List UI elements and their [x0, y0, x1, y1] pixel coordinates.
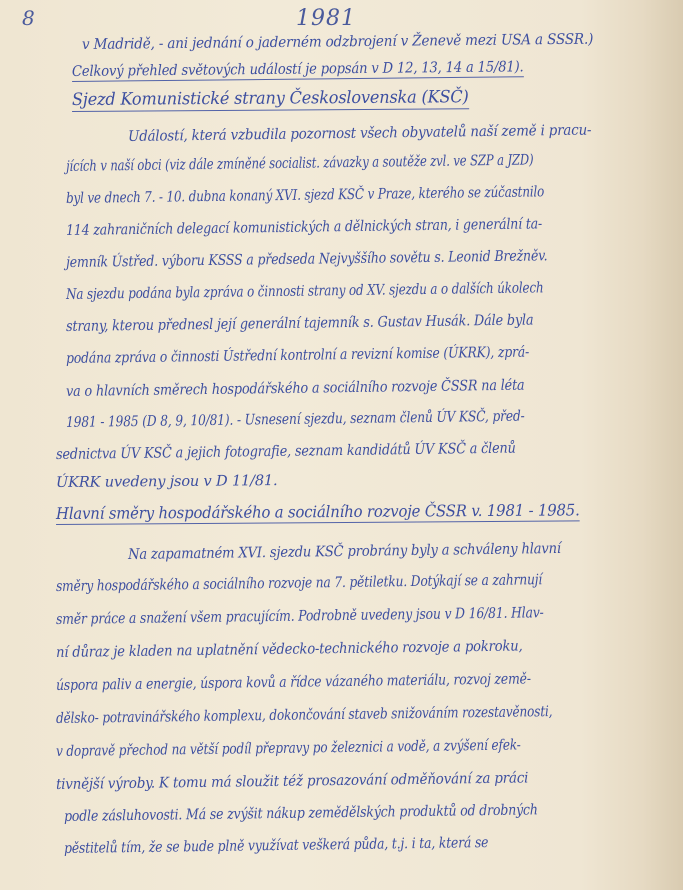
- text-line: podána zpráva o činnosti Ústřední kontro…: [66, 344, 529, 367]
- text-line: Na sjezdu podána byla zpráva o činnosti …: [66, 279, 544, 303]
- page-number: 8: [22, 6, 35, 30]
- text-line: tivnější výroby. K tomu má sloužit též p…: [56, 769, 528, 793]
- text-line: pěstitelů tím, že se bude plně využívat …: [64, 834, 489, 857]
- text-line: byl ve dnech 7. - 10. dubna konaný XVI. …: [66, 183, 544, 207]
- text-line: v Madridě, - ani jednání o jaderném odzb…: [82, 31, 593, 53]
- text-line: podle zásluhovosti. Má se zvýšit nákup z…: [64, 801, 538, 825]
- text-line: úspora paliv a energie, úspora kovů a ří…: [56, 670, 531, 694]
- text-line: jících v naší obci (viz dále zmíněné soc…: [66, 151, 534, 175]
- text-line: ní důraz je kladen na uplatnění vědecko-…: [56, 637, 523, 661]
- text-line: ÚKRK uvedeny jsou v D 11/81.: [56, 472, 278, 491]
- text-line: strany, kterou přednesl její generální t…: [66, 311, 534, 335]
- section-heading-ksc-congress: Sjezd Komunistické strany Československa…: [72, 87, 469, 112]
- text-line: jemník Ústřed. výboru KSSS a předseda Ne…: [66, 247, 548, 271]
- text-line: va o hlavních směrech hospodářského a so…: [66, 377, 525, 400]
- text-line: 114 zahraničních delegací komunistických…: [66, 215, 542, 239]
- section-heading-economic-directions: Hlavní směry hospodářského a sociálního …: [56, 500, 580, 525]
- text-line: v dopravě přechod na větší podíl přeprav…: [56, 737, 521, 760]
- text-line-underlined: Celkový přehled světových událostí je po…: [72, 58, 524, 82]
- text-line: Na zapamatném XVI. sjezdu KSČ probrány b…: [128, 540, 561, 563]
- text-line: sednictva ÚV KSČ a jejich fotografie, se…: [56, 440, 516, 463]
- text-line: 1981 - 1985 (D 8, 9, 10/81). - Usnesení …: [66, 408, 525, 431]
- year-heading: 1981: [296, 6, 356, 31]
- text-line: směr práce a snažení všem pracujícím. Po…: [56, 604, 544, 628]
- text-line: směry hospodářského a sociálního rozvoje…: [56, 571, 542, 595]
- text-line: Událostí, která vzbudila pozornost všech…: [128, 122, 592, 145]
- text-line: dělsko- potravinářského komplexu, dokonč…: [56, 703, 553, 727]
- notebook-page: 8 1981 v Madridě, - ani jednání o jadern…: [0, 0, 683, 890]
